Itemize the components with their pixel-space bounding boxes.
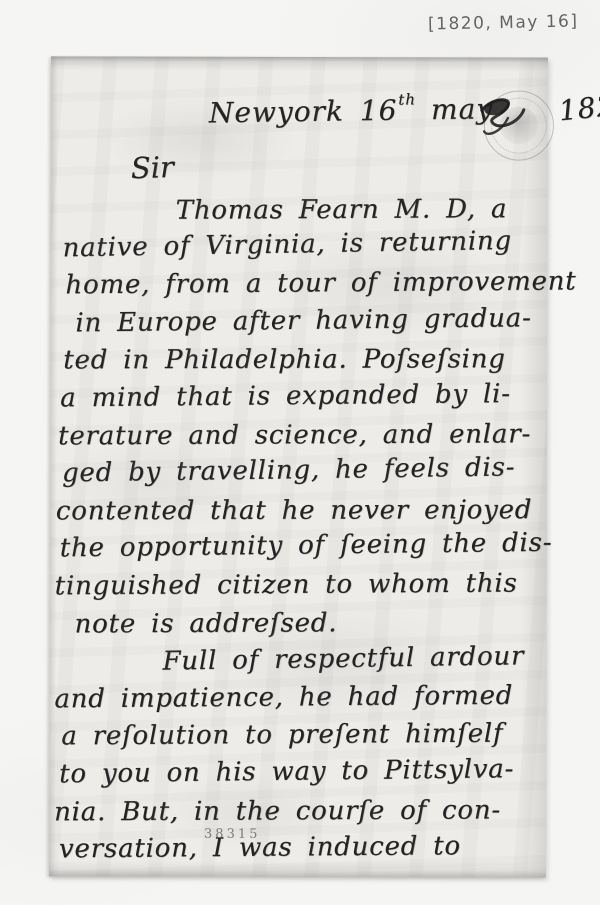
letter-line: home, from a tour of improvement	[65, 264, 547, 305]
dateline-place-day: Newyork 16	[209, 94, 398, 130]
archive-number: 38315	[204, 827, 260, 842]
letter-line: and impatience, he had formed	[54, 677, 546, 718]
letter-line: native of Virginia, is returning	[62, 222, 548, 268]
dateline-year: 1820	[558, 90, 600, 126]
letter-line: in Europe after having gradua-	[75, 300, 547, 343]
letter-line: Full of respectful ardour	[162, 638, 547, 681]
letter-line: note is addreſsed.	[75, 604, 547, 644]
ink-blot-flourish	[477, 90, 530, 143]
letter-body: Thomas Fearn M. D, a native of Virginia,…	[49, 192, 548, 870]
letter-line: versation, I was induced to	[59, 828, 546, 869]
letter-line: the opportunity of ſeeing the dis-	[60, 525, 547, 568]
salutation: Sir	[130, 150, 174, 185]
letter-line: a mind that is expanded by li-	[60, 376, 547, 418]
letter-line: ted in Philadelphia. Poſseſsing	[63, 341, 547, 380]
letter-line: to you on his way to Pittsylva-	[59, 751, 546, 794]
archival-date-annotation: [1820, May 16]	[428, 11, 579, 34]
letter-line: nia. But, in the courſe of con-	[54, 792, 546, 832]
letter-line: ged by travelling, he feels dis-	[62, 449, 547, 493]
scanned-letter-screenshot: { "page": { "annotation_top_right": "[18…	[0, 0, 600, 905]
dateline-ordinal: th	[398, 90, 416, 108]
letter-page: Newyork 16th may 1820 Sir Thomas Fearn M…	[49, 56, 548, 877]
dateline: Newyork 16th may 1820	[209, 88, 600, 146]
letter-line: tinguished citizen to whom this	[55, 565, 547, 606]
letter-line: a reſolution to preſent himſelf	[61, 716, 546, 757]
